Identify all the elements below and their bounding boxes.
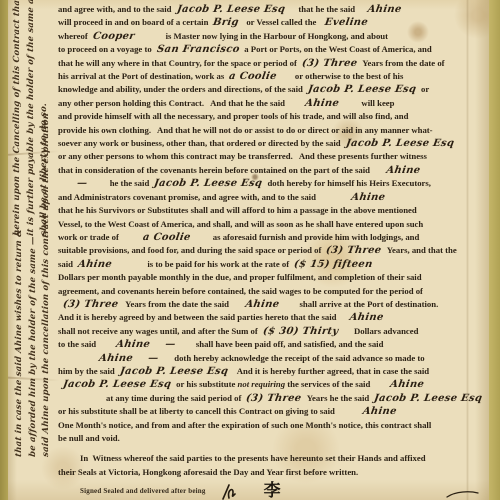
printed-text: a Port or Ports, on the West Coast of Am…: [244, 44, 431, 54]
handwritten-entry: Ahine —: [98, 352, 160, 365]
printed-text: said: [58, 259, 73, 269]
printed-text: agreement, and covenants herein before c…: [58, 286, 423, 296]
attestation-label: Signed Sealed and delivered after being: [80, 481, 206, 496]
printed-text: And it is hereby agreed by and between t…: [58, 312, 337, 322]
printed-text: whereof: [58, 31, 88, 41]
contract-line: any other person holding this Contract. …: [58, 97, 470, 110]
handwritten-entry: Jacob P. Leese Esq: [345, 137, 455, 150]
printed-text: that he his Survivors or Substitutes sha…: [58, 205, 417, 215]
contract-line: that he will any where in that Country, …: [58, 57, 470, 70]
handwritten-entry: Jacob P. Leese Esq: [119, 365, 229, 378]
printed-text: him by the said: [58, 366, 115, 376]
printed-text: or any other persons to whom this contra…: [58, 151, 427, 161]
handwritten-entry: Ahine: [374, 164, 421, 177]
contract-line: Vessel, to the West Coast of America, an…: [58, 218, 470, 231]
printed-text: In Witness whereof the said parties to t…: [80, 453, 426, 463]
printed-text: at any time during the said period of: [106, 393, 241, 403]
handwritten-entry: Ahine: [340, 311, 384, 324]
contract-line: Jacob P. Leese Esqor his substitute not …: [58, 378, 470, 391]
handwritten-entry: Ahine: [77, 258, 113, 271]
contract-line: him by the saidJacob P. Leese Esq And it…: [58, 365, 470, 378]
contract-line: will proceed in and on board of a certai…: [58, 16, 470, 29]
printed-text: work or trade of: [58, 232, 119, 242]
printed-text: provide his own clothing. And that he wi…: [58, 125, 433, 135]
contract-line: knowledge and ability, under the orders …: [58, 83, 470, 96]
seal-character: 李: [264, 482, 281, 500]
handwritten-entry: Jacob P. Leese Esq: [62, 378, 172, 391]
handwritten-entry: (3) Three: [245, 392, 302, 405]
margin-note-bottom: that in case the said Ahine wishes to re…: [13, 250, 54, 457]
handwritten-entry: Jacob P. Leese Esq: [175, 3, 285, 16]
scan-edge-left: [0, 0, 8, 500]
handwritten-entry: Ahine: [233, 298, 280, 311]
printed-text: And it is hereby further agreed, that in…: [233, 366, 429, 376]
contract-line: soever any work or business, other than,…: [58, 137, 470, 150]
handwritten-entry: Jacob P. Leese Esq: [307, 83, 417, 96]
printed-text: be null and void.: [58, 433, 120, 443]
contract-line: agreement, and covenants herein before c…: [58, 285, 470, 298]
printed-text: that he the said: [290, 4, 355, 14]
signature-flourish-icon: [446, 489, 480, 499]
margin-note-line: said Ahine upon the cancellation of this…: [40, 249, 54, 457]
handwritten-entry: ($ 15) fifteen: [293, 258, 374, 271]
printed-text: shall arrive at the Port of destination.: [284, 299, 438, 309]
contract-line: be null and void.: [58, 432, 470, 445]
handwritten-entry: ($ 30) Thirty: [262, 325, 340, 338]
contract-line: Dollars per month payable monthly in the…: [58, 271, 470, 284]
printed-text: will proceed in and on board of a certai…: [58, 17, 208, 27]
contract-line: (3) Three Years from the date the said A…: [58, 298, 470, 311]
contract-line: work or trade of a Coolie as aforesaid f…: [58, 231, 470, 244]
printed-text: that he will any where in that Country, …: [58, 58, 297, 68]
handwritten-entry: Eveline: [320, 16, 369, 29]
printed-text: their Seals at Victoria, Hongkong afores…: [58, 467, 358, 477]
printed-text: Years from the date of: [362, 58, 444, 68]
printed-text: to the said: [58, 339, 96, 349]
printed-text: and Administrators covenant promise, and…: [58, 192, 316, 202]
contract-line: One Month's notice, and from and after t…: [58, 419, 470, 432]
printed-text: is Master now lying in the Harbour of Ho…: [140, 31, 389, 41]
handwritten-entry: Jacob P. Leese Esq: [153, 177, 263, 190]
printed-text: shall have been paid off, and satisfied,…: [181, 339, 384, 349]
document-page: herein upon the Cancelling of this Contr…: [8, 0, 489, 500]
handwritten-entry: a Coolie: [123, 231, 192, 244]
contract-line: his arrival at the Port of destination, …: [58, 70, 470, 83]
printed-text: doth hereby acknowledge the receipt of t…: [163, 353, 424, 363]
handwritten-entry: (3) Three: [325, 244, 382, 257]
handwritten-entry: —: [76, 177, 88, 190]
printed-text: he the said: [92, 178, 149, 188]
contract-line: and agree with, and to the saidJacob P. …: [58, 3, 470, 16]
handwritten-entry: Jacob P. Leese Esq: [373, 392, 483, 405]
contract-line: suitable provisions, and food for, and d…: [58, 244, 470, 257]
printed-text: Years, and that the: [387, 245, 457, 255]
scan-edge-right: [489, 0, 500, 500]
printed-text: that in consideration of the covenants h…: [58, 165, 370, 175]
contract-line: to the said Ahine — shall have been paid…: [58, 338, 470, 351]
contract-line: and Administrators covenant promise, and…: [58, 191, 470, 204]
attestation-row: Signed Sealed and delivered after being …: [80, 481, 460, 500]
handwritten-entry: Ahine: [320, 191, 386, 204]
contract-line: or any other persons to whom this contra…: [58, 150, 470, 163]
printed-text: or his substitute: [176, 379, 237, 389]
printed-text: and agree with, and to the said: [58, 4, 172, 14]
contract-line: In Witness whereof the said parties to t…: [58, 452, 470, 465]
printed-text: any other person holding this Contract. …: [58, 98, 285, 108]
contract-line: or his substitute shall be at liberty to…: [58, 405, 470, 418]
contract-line: whereofCooper is Master now lying in the…: [58, 30, 470, 43]
margin-note-line: be afforded him by the holder of the sam…: [27, 249, 41, 457]
handwritten-entry: (3) Three: [301, 57, 358, 70]
printed-text: will keep: [344, 98, 394, 108]
handwritten-entry: San Francisco: [156, 43, 241, 56]
margin-note-line: it is further payable by the holder of t…: [25, 0, 39, 237]
printed-text: his arrival at the Port of destination, …: [58, 71, 224, 81]
printed-text: or otherwise to the best of his: [282, 71, 403, 81]
margin-note-line: herein upon the Cancelling of this Contr…: [11, 0, 25, 237]
printed-text: Dollars per month payable monthly in the…: [58, 272, 422, 282]
contract-line: at any time during the said period of(3)…: [58, 392, 470, 405]
contract-text: and agree with, and to the saidJacob P. …: [58, 3, 470, 479]
handwritten-entry: Ahine: [339, 405, 398, 418]
margin-note-line: that in case the said Ahine wishes to re…: [13, 249, 27, 457]
printed-text: to proceed on a voyage to: [58, 44, 152, 54]
printed-italic-text: not requiring: [238, 379, 286, 389]
printed-text: and provide himself with all the necessa…: [58, 111, 408, 121]
printed-text: Vessel, to the West Coast of America, an…: [58, 219, 423, 229]
contract-line: Ahine — doth hereby acknowledge the rece…: [58, 352, 470, 365]
handwritten-entry: Brig: [212, 16, 240, 29]
handwritten-entry: Cooper: [92, 30, 136, 43]
handwritten-entry: (3) Three: [62, 298, 119, 311]
printed-text: or Vessel called the: [244, 17, 316, 27]
contract-line: to proceed on a voyage toSan Franciscoa …: [58, 43, 470, 56]
printed-text: or: [421, 84, 429, 94]
contract-line: — he the saidJacob P. Leese Esqdoth here…: [58, 177, 470, 190]
contract-line: shall not receive any wages until, and a…: [58, 325, 470, 338]
contract-line: and provide himself with all the necessa…: [58, 110, 470, 123]
contract-line: that in consideration of the covenants h…: [58, 164, 470, 177]
contract-line: their Seals at Victoria, Hongkong afores…: [58, 466, 470, 479]
printed-text: Dollars advanced: [343, 326, 418, 336]
printed-text: is to be paid for his work at the rate o…: [117, 259, 289, 269]
printed-text: One Month's notice, and from and after t…: [58, 420, 431, 430]
printed-text: or his substitute shall be at liberty to…: [58, 406, 335, 416]
printed-text: soever any work or business, other than,…: [58, 138, 341, 148]
printed-text: the services of the said: [285, 379, 370, 389]
printed-text: Years he the said: [307, 393, 370, 403]
printed-text: as aforesaid furnish and provide him wit…: [195, 232, 419, 242]
handwritten-entry: Ahine: [374, 378, 425, 391]
handwritten-entry: Ahine —: [100, 338, 177, 351]
handwritten-entry: a Coolie: [228, 70, 278, 83]
contract-line: provide his own clothing. And that he wi…: [58, 124, 470, 137]
printed-text: knowledge and ability, under the orders …: [58, 84, 303, 94]
handwritten-entry: Ahine: [359, 3, 403, 16]
printed-text: doth hereby for himself his Heirs Execut…: [267, 178, 431, 188]
contract-line: And it is hereby agreed by and between t…: [58, 311, 470, 324]
handwritten-entry: Ahine: [289, 97, 340, 110]
contract-line: saidAhine is to be paid for his work at …: [58, 258, 470, 271]
signature-mark-icon: [220, 483, 250, 500]
printed-text: Years from the date the said: [123, 299, 229, 309]
printed-text: shall not receive any wages until, and a…: [58, 326, 258, 336]
printed-text: suitable provisions, and food for, and d…: [58, 245, 321, 255]
contract-line: that he his Survivors or Substitutes sha…: [58, 204, 470, 217]
